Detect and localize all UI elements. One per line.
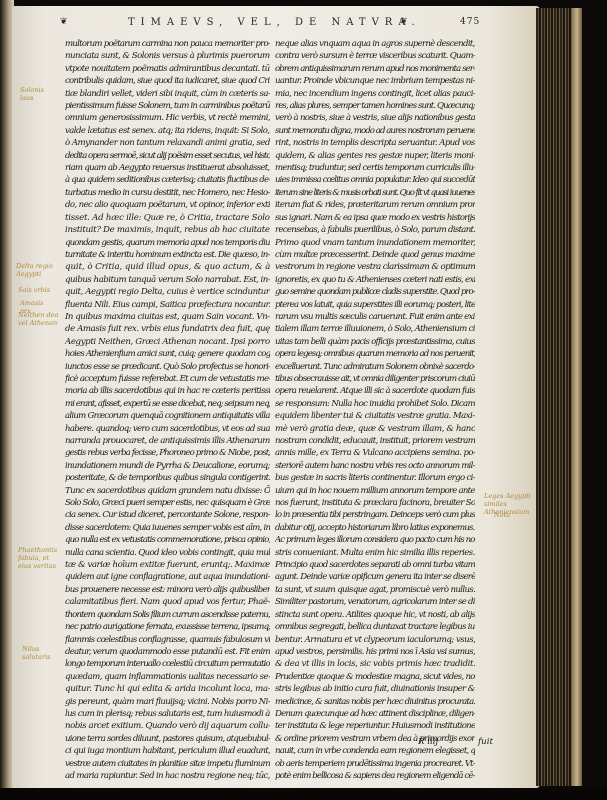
signature-mark: R iiij [418, 737, 438, 747]
text-line: sunt memoratu digna, modo ad aures nostr… [275, 125, 475, 137]
text-line: quidem, & alias gentes res gestæ nuper, … [275, 150, 475, 162]
text-line: valde lætatus est senex. atq; ita ridens… [65, 125, 270, 137]
text-line: quit, ò Critia, quid illud opus, & quo a… [65, 261, 270, 273]
text-line: nobis arcet exitium. Quando verò dij aqu… [65, 720, 270, 732]
text-line: à qua quidem seditionibus cæterisq; ciui… [65, 174, 270, 186]
margin-note-solonis-laus: Solonis laus [20, 86, 58, 102]
text-line: Denum quæcunque ad hæc attinent discipli… [275, 708, 475, 720]
text-line: nec patrio aurigatione fernata, exussiss… [65, 621, 270, 633]
text-line: gis pereunt, quàm mari fluuijsq; vicini.… [65, 696, 270, 708]
text-line: verò à nostris, siue à vestris, siue ali… [275, 112, 475, 124]
text-line: rint, nostris in templis descripta serua… [275, 137, 475, 149]
text-line: tialem illam terræ illuuionem, ò Solo, A… [275, 323, 475, 335]
text-line: hoies Athenienfium amici sunt, cuiq; gen… [65, 348, 270, 360]
text-line: nostram condidit, educauit, instituit, p… [275, 435, 475, 447]
text-line: uitas tam belli quàm pacis officijs præs… [275, 336, 475, 348]
text-line: disse sacerdotem: Quia iuuenes semper vo… [65, 522, 270, 534]
text-line: moria ab illis sacerdotibus qui in hac r… [65, 385, 270, 397]
text-line: vestrorum in regione vestra clarissimum … [275, 261, 475, 273]
text-line: ter instituta & lege reperiuntur. Huiusm… [275, 720, 475, 732]
text-line: do, nec alio quoquam poëtarum, vt opinor… [65, 199, 270, 211]
text-line: omnibus segregati, bellica duntaxat trac… [275, 621, 475, 633]
text-line: excelluerunt. Tunc admiratum Solonem obn… [275, 361, 475, 373]
text-line: pterea vos latuit, quia superstites illi… [275, 299, 475, 311]
text-line: opera reuelarent. Atque illi sic à sacer… [275, 385, 475, 397]
fleuron-icon: ❦ [400, 17, 408, 27]
text-line: instituit? De maximis, inquit, rebus ab … [65, 224, 270, 236]
text-line: stincta sunt opera. Atilites quoque hic,… [275, 609, 475, 621]
text-line: obrem antiquissimarum rerum apud nos mon… [275, 63, 475, 75]
text-line: Principio quod sacerdotes separati ab om… [275, 559, 475, 571]
text-line: quibus habitum tanquā verum Solo narraba… [65, 274, 270, 286]
text-line: dedita opera sermoē, sicut alij poësim e… [65, 150, 270, 162]
text-line: agunt. Deinde variæ opificum genera ita … [275, 571, 475, 583]
text-line: & ordine priorem vestram vrbem dea à pri… [275, 733, 475, 745]
text-line: annis mille, ex Terra & Vulcano accipien… [275, 447, 475, 459]
text-line: se responsum: Nulla hoc inuidia prohibet… [275, 398, 475, 410]
text-line: recensebas, à fabulis puerilibus, ò Solo… [275, 224, 475, 236]
text-line: mi erant, afisset, expertū se esse diceb… [65, 398, 270, 410]
text-line: iterum fiat & rides, præteritarum rerum … [275, 199, 475, 211]
text-line: riam quam ab Aegypto reuersus instituera… [65, 162, 270, 174]
text-line: quitur. Tunc hi qui edita & arida incolu… [65, 683, 270, 695]
text-line: quo nulla est ex vetustatis commemoratio… [65, 534, 270, 546]
text-line: de Amasis fuit rex. vrbis eius fundatrix… [65, 323, 270, 335]
text-line: Ac primum leges illorum considera quo pa… [275, 534, 475, 546]
text-line: ci qui iuga montium habitant, periculum … [65, 745, 270, 757]
text-line: stris legibus ab initio cura fuit, diuin… [275, 683, 475, 695]
text-line: quondam gestis, quarum memoria apud nos … [65, 237, 270, 249]
text-line: narranda prouocaret, de antiquissimis il… [65, 435, 270, 447]
text-line: ob aeris temperiem prudētissima ingenia … [275, 758, 475, 770]
text-line: mia, nec incendium ingens contingit, lic… [275, 88, 475, 100]
text-line: pientissimum fuisse Solonem, tum in carm… [65, 100, 270, 112]
margin-note-phaethon: Phaethontis fabula, et eius veritas [18, 546, 62, 570]
text-line: ignoretis, ex quo tu & Athenienses cæter… [275, 274, 475, 286]
text-line: nunciata sunt, & Solonis versus à plurim… [65, 50, 270, 62]
text-line: apud vestros, persimilis. his primi nos … [275, 646, 475, 658]
text-line: cùm multæ præcesserint. Deinde quod genu… [275, 249, 475, 261]
left-text-column: multorum poëtarum carmina non pauca memo… [65, 38, 270, 782]
text-line: In quibus maxima ciuitas est, quam Sain … [65, 311, 270, 323]
text-line: vtpote nouitatem poëmatis admirantibus d… [65, 63, 270, 75]
text-line: ad maria rapiuntur. Sed in hac nostra re… [65, 770, 270, 782]
text-line: res, alias plures, semper tamen homines … [275, 100, 475, 112]
text-line: iterum sine literis & musis orbati sunt.… [275, 187, 475, 199]
book-fore-edge [572, 8, 582, 786]
text-line: quit, Aegypti regio Delta, cuius è verti… [65, 286, 270, 298]
text-line: tiæ blandiri vellet, videri sibi inquit,… [65, 88, 270, 100]
text-line: sus ignari. Nam & ea ipsa quæ modo ex ve… [275, 212, 475, 224]
text-line: turbatus medio in cursu destitit, nec Ho… [65, 187, 270, 199]
text-line: & dea vt illis in locis, sic vobis primi… [275, 658, 475, 670]
margin-note-neithen: Neithen dea vel Athenan [18, 311, 60, 327]
text-line: contribulis quidam, siue quod ita iudica… [65, 75, 270, 87]
text-line: Aegypti Neithen, Græci Athenan nocant. I… [65, 336, 270, 348]
text-line: bentur. Armatura et vt clypeorum iaculor… [275, 634, 475, 646]
text-line: vestræ autem ciuitates in planitiæ sitæ … [65, 758, 270, 770]
text-line: Tunc ex sacerdotibus quidam grandem natu… [65, 485, 270, 497]
text-line: ò Amynander non tantum relaxandi animi g… [65, 137, 270, 149]
text-line: Prudentiæ quoque & modestiæ magna, sicut… [275, 671, 475, 683]
text-line: ta sunt, vt suum quisque agat, promiscuè… [275, 584, 475, 596]
text-line: opera legesq; omnibus quarum memoria ad … [275, 348, 475, 360]
text-line: uium qui in hoc nouem millium annorum te… [275, 485, 475, 497]
text-line: bus prouenere necesse est: minora verò a… [65, 584, 270, 596]
text-line: neque alias vnquam aqua in agros supernè… [275, 38, 475, 50]
right-text-column: neque alias vnquam aqua in agros supernè… [275, 38, 475, 782]
text-line: cia senex. Cur istud diceret, percontant… [65, 509, 270, 521]
text-line: lo in præsentia tibi perstringam. Deince… [275, 509, 475, 521]
text-line: deatur, verum quodammodo esse putandū es… [65, 646, 270, 658]
text-line: ficè acceptum fuisse referebat. Et cum d… [65, 373, 270, 385]
running-title: TIMAEVS, VEL, DE NATVRA. [128, 17, 421, 28]
margin-note-nota: Nota [494, 511, 524, 519]
text-line: tisset. Ad hæc ille: Quæ re, ò Critia, t… [65, 212, 270, 224]
text-line: gestis rebus verba fecisse, Phoroneo pri… [65, 447, 270, 459]
text-line: turnitate & interitu hominum extincta es… [65, 249, 270, 261]
text-line: quædam, quam inflammationis ualitas nece… [65, 671, 270, 683]
bottom-shadow [0, 788, 607, 800]
text-line: flammis cœlestibus conflagrasse, quamuis… [65, 634, 270, 646]
text-line: Primo quod vnam tantum inundationem memo… [275, 237, 475, 249]
text-line: thontem quondam Solis filium currum asce… [65, 609, 270, 621]
page-number: 475 [460, 17, 480, 27]
text-line: dabitur otij, accepto historiarum libro … [275, 522, 475, 534]
text-line: stris conueniant. Multa enim hic similia… [275, 547, 475, 559]
catchword: fuit [478, 737, 493, 747]
margin-note-delta: Delta regio Aegypti [16, 262, 56, 278]
text-line: uantur. Proinde vbicunque nec imbrium te… [275, 75, 475, 87]
fleuron-icon: ❦ [60, 17, 68, 27]
text-line: omnium generosissimum. Hic verbis, vt re… [65, 112, 270, 124]
margin-note-nilus: Nilus salutaris [22, 645, 64, 661]
text-line: longo temporum interuallo cœlestiū circu… [65, 658, 270, 670]
running-header: ❦ TIMAEVS, VEL, DE NATVRA. ❦ 475 [60, 17, 520, 31]
text-line: calamitatibus fieri. Nam quod apud vos f… [65, 596, 270, 608]
text-line: steriorē autem hanc nostra vrbis res oct… [275, 460, 475, 472]
text-line: rarum vsu multis sæculis caruerunt. Fuit… [275, 311, 475, 323]
text-line: nulla cana scientia. Quod ideo vobis con… [65, 547, 270, 559]
text-line: iunctos esse se prædicant. Quò Solo prof… [65, 361, 270, 373]
text-line: potè enim bellicosa & sapiens dea region… [275, 770, 475, 782]
text-line: mentisq; traduntur, sed certis temporum … [275, 162, 475, 174]
text-line: guo semine quondam publicæ cladis supers… [275, 286, 475, 298]
margin-note-sais: Sais vrbis [18, 286, 56, 294]
text-line: bus gestæ in sacris literis continentur.… [275, 472, 475, 484]
text-line: uies immissa cœlitus omnia populatur. Id… [275, 174, 475, 186]
text-line: inundationem mundi de Pyrrha & Deucalion… [65, 460, 270, 472]
text-line: fluenta Nili. Eius campi, Saitica præfec… [65, 299, 270, 311]
text-line: medicinæ, & sanitas nobis per hæc diuini… [275, 696, 475, 708]
text-line: Solo Solo, Græci pueri semper estis, nec… [65, 497, 270, 509]
text-line: alium Græcorum quenquā cognitionem antiq… [65, 410, 270, 422]
text-line: tibus obsecrauisse ait, vt omnia diligen… [275, 373, 475, 385]
text-line: tæ & variæ hoīum extitæ fuerunt, eruntq;… [65, 559, 270, 571]
text-line: contra verò sursum è terræ visceribus sc… [275, 50, 475, 62]
text-line: equidem libenter tui & ciuitatis vestræ … [275, 410, 475, 422]
text-line: multorum poëtarum carmina non pauca memo… [65, 38, 270, 50]
text-line: posteritate, & de temporibus quibus sing… [65, 472, 270, 484]
text-line: lus cum in plerisq; rebus salutaris est,… [65, 708, 270, 720]
text-line: mè verò gratia deæ, quæ & vestram illam,… [275, 423, 475, 435]
page-stack [536, 8, 574, 786]
text-line: habere. quandoq; vero cum sacerdotibus, … [65, 423, 270, 435]
text-line: quidem aut igne conflagratione, aut aqua… [65, 571, 270, 583]
text-line: nauit, cum in vrbe condenda eam regionem… [275, 745, 475, 757]
text-line: Similiter pastorum, venatorum, agricolar… [275, 596, 475, 608]
text-line: uione terra sordes diluunt, pastores qui… [65, 733, 270, 745]
text-line: nos fuerunt, instituta & præclara facino… [275, 497, 475, 509]
